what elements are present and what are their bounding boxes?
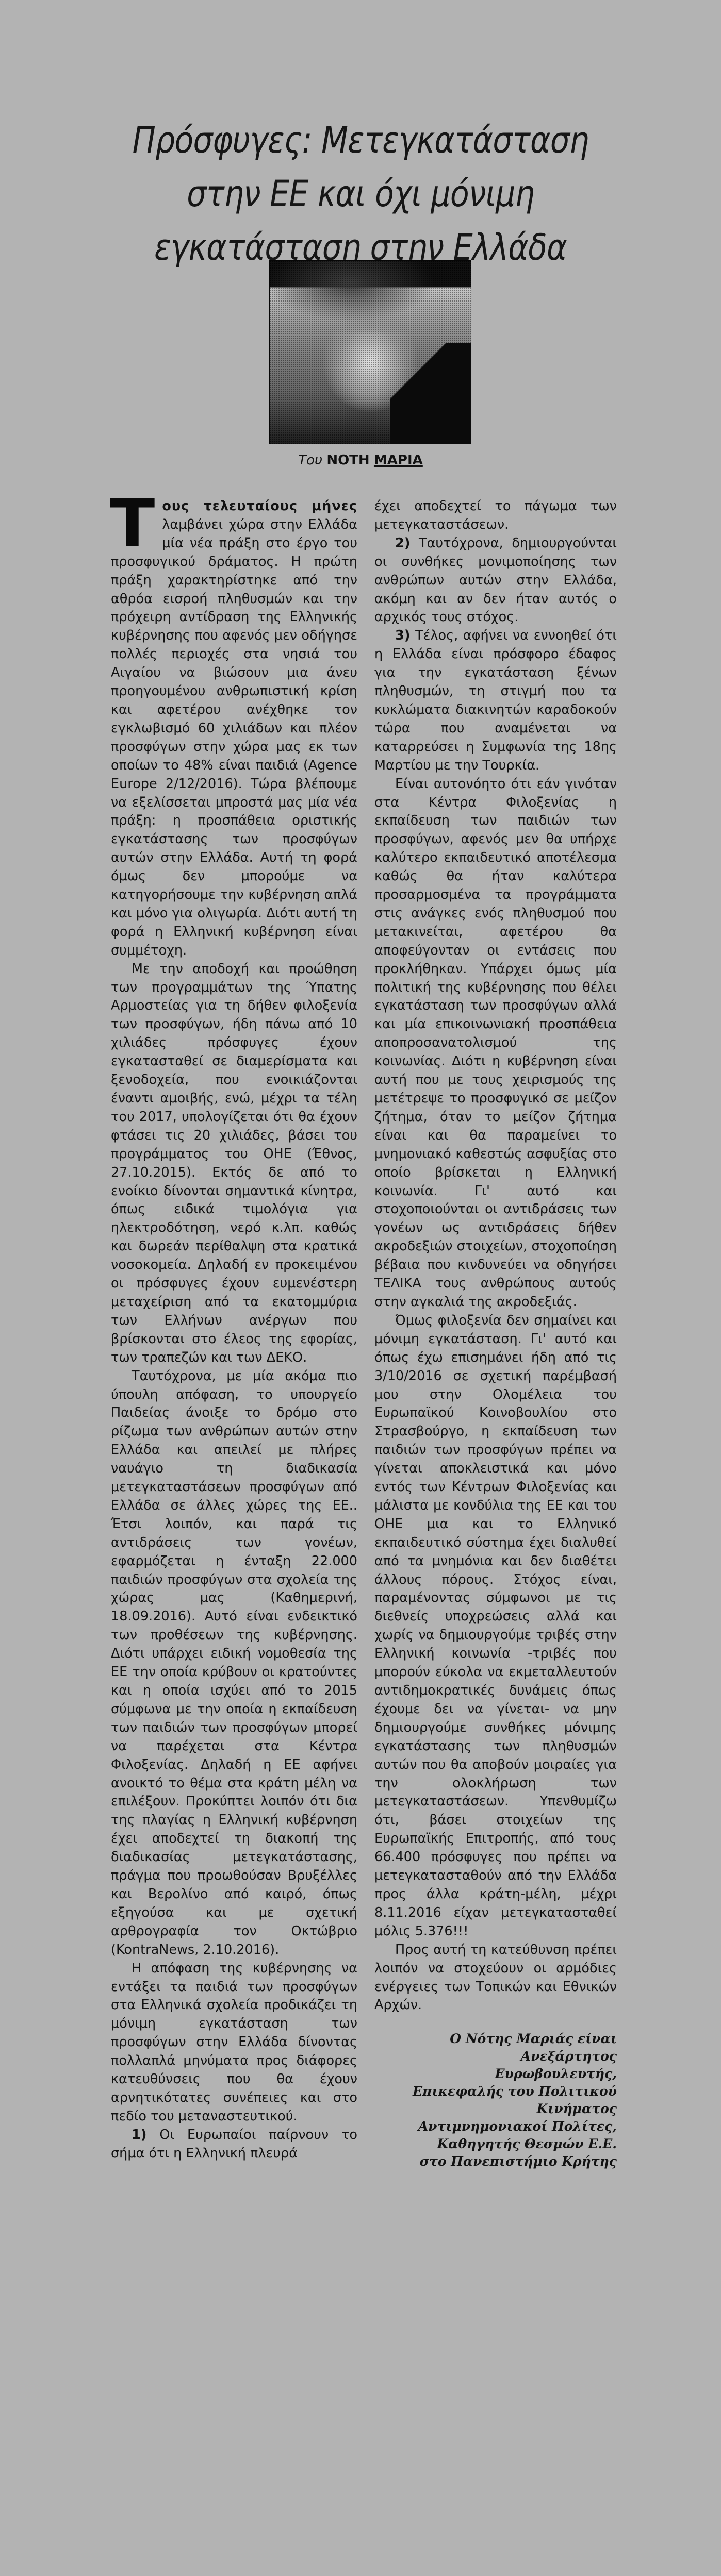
byline: Του ΝΟΤΗ ΜΑΡΙΑ xyxy=(0,453,721,468)
paragraph-text: Ταυτόχρονα, δημιουργούνται οι συνθήκες μ… xyxy=(374,536,617,625)
paragraph-conclusion: Προς αυτή τη κατεύθυνση πρέπει λοιπόν να… xyxy=(374,1941,617,2015)
paragraph-education-ministry: Ταυτόχρονα, με μία ακόμα πιο ύπουλη απόφ… xyxy=(111,1367,357,1960)
list-number: 2) xyxy=(395,536,410,551)
byline-first-name: ΝΟΤΗ xyxy=(326,453,369,468)
headline-line-1: Πρόσφυγες: Μετεγκατάσταση xyxy=(51,113,670,167)
article-column-left: Tους τελευταίους μήνες λαμβάνει χώρα στη… xyxy=(111,497,357,2163)
paragraph-point-2: 2) Ταυτόχρονα, δημιουργούνται οι συνθήκε… xyxy=(374,534,617,627)
author-bio-line: Επικεφαλής του Πολιτικού xyxy=(374,2083,617,2100)
author-bio-line: Ευρωβουλευτής, xyxy=(374,2065,617,2083)
paragraph-point-3: 3) Τέλος, αφήνει να εννοηθεί ότι η Ελλάδ… xyxy=(374,627,617,775)
author-bio-line: Κινήματος xyxy=(374,2100,617,2118)
lead-in: ους τελευταίους μήνες xyxy=(162,498,357,514)
byline-prefix: Του xyxy=(298,453,322,468)
headline-line-2: στην ΕΕ και όχι μόνιμη xyxy=(51,167,670,221)
paragraph-hosting-programs: Με την αποδοχή και προώθηση των προγραμμ… xyxy=(111,960,357,1367)
list-number: 3) xyxy=(395,628,410,643)
author-bio-line: Αντιμνημονιακοί Πολίτες, xyxy=(374,2118,617,2135)
author-bio: Ο Νότης Μαριάς είναι Ανεξάρτητος Ευρωβου… xyxy=(374,2030,617,2170)
paragraph-point-1-continued: έχει αποδεχτεί το πάγωμα των μετεγκαταστ… xyxy=(374,497,617,534)
author-bio-line: στο Πανεπιστήμιο Κρήτης xyxy=(374,2153,617,2170)
paragraph-government-decision: Η απόφαση της κυβέρνησης να εντάξει τα π… xyxy=(111,1960,357,2126)
paragraph-intro: Tους τελευταίους μήνες λαμβάνει χώρα στη… xyxy=(111,497,357,960)
paragraph-text: λαμβάνει χώρα στην Ελλάδα μία νέα πράξη … xyxy=(111,517,357,958)
paragraph-permanent-settlement: Όμως φιλοξενία δεν σημαίνει και μόνιμη ε… xyxy=(374,1312,617,1941)
author-bio-line: Ανεξάρτητος xyxy=(374,2048,617,2065)
author-bio-line: Ο Νότης Μαριάς είναι xyxy=(374,2030,617,2048)
author-bio-line: Καθηγητής Θεσμών Ε.Ε. xyxy=(374,2135,617,2153)
list-number: 1) xyxy=(132,2127,146,2143)
article-column-right: έχει αποδεχτεί το πάγωμα των μετεγκαταστ… xyxy=(374,497,617,2170)
byline-surname: ΜΑΡΙΑ xyxy=(374,453,423,468)
paragraph-text: Οι Ευρωπαίοι παίρνουν το σήμα ότι η Ελλη… xyxy=(111,2127,357,2161)
author-photo xyxy=(269,260,471,444)
paragraph-point-1: 1) Οι Ευρωπαίοι παίρνουν το σήμα ότι η Ε… xyxy=(111,2126,357,2163)
drop-cap: T xyxy=(110,499,155,549)
headline: Πρόσφυγες: Μετεγκατάσταση στην ΕΕ και όχ… xyxy=(51,113,670,274)
paragraph-hosting-centers: Είναι αυτονόητο ότι εάν γινόταν στα Κέντ… xyxy=(374,775,617,1312)
paragraph-text: Τέλος, αφήνει να εννοηθεί ότι η Ελλάδα ε… xyxy=(374,628,617,773)
